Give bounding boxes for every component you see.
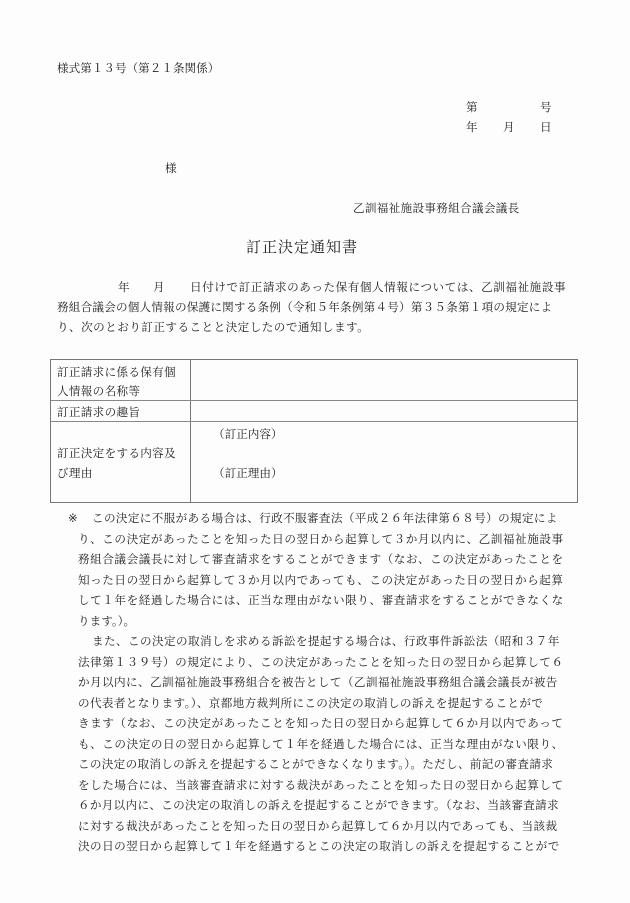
notice-line: ６か月以内に、この決定の取消しの訴えを提起することができます。（なお、当該審査請… xyxy=(78,795,583,816)
notice-line: 知った日の翌日から起算して３か月以内であっても、この決定があった日の翌日から起算 xyxy=(78,570,583,591)
intro-line-3: り、次のとおり訂正することと決定したので通知します。 xyxy=(57,320,369,334)
row-label-target-info-cont: 人情報の名称等 xyxy=(57,384,140,398)
sender-name: 乙訓福祉施設事務組合議会議長 xyxy=(353,201,520,215)
notice-line: また、この決定の取消しを求める訴訟を提起する場合は、行政事件訴訟法（昭和３７年 xyxy=(78,631,583,652)
addressee-honorific: 様 xyxy=(165,161,177,175)
date-day: 日 xyxy=(540,120,552,134)
date-year: 年 xyxy=(466,120,478,134)
form-number: 様式第１３号（第２１条関係） xyxy=(57,61,219,75)
intro-year: 年 xyxy=(118,280,130,294)
notice-line: この決定の取消しの訴えを提起することができなくなります。）。ただし、前記の審査請… xyxy=(78,754,583,775)
notice-line: ります。）。 xyxy=(78,611,583,632)
intro-month: 月 xyxy=(153,280,165,294)
notice-line: も、この決定の日の翌日から起算して１年を経過した場合には、正当な理由がない限り、 xyxy=(78,734,583,755)
doc-number-suffix: 号 xyxy=(540,100,552,114)
notice-line: か月以内に、乙訓福祉施設事務組合を被告として（乙訓福祉施設事務組合議会議長が被告 xyxy=(78,672,583,693)
notice-paragraph-lawsuit: また、この決定の取消しを求める訴訟を提起する場合は、行政事件訴訟法（昭和３７年 … xyxy=(78,631,583,857)
table-row-divider xyxy=(51,421,577,422)
notice-line: 務組合議会議長に対して審査請求をすることができます（なお、この決定があったことを xyxy=(78,549,583,570)
date-month: 月 xyxy=(503,120,515,134)
notice-paragraph-appeal: この決定に不服がある場合は、行政不服審査法（平成２６年法律第６８号）の規定によ … xyxy=(78,508,583,631)
notice-line: きます（なお、この決定があったことを知った日の翌日から起算して６か月以内であって xyxy=(78,713,583,734)
correction-content-label: （訂正内容） xyxy=(213,427,283,441)
intro-line-2: 務組合議会の個人情報の保護に関する条例（令和５年条例第４号）第３５条第１項の規定… xyxy=(57,300,552,314)
notice-line: 法律第１３９号）の規定により、この決定があったことを知った日の翌日から起算して６ xyxy=(78,652,583,673)
table-column-divider xyxy=(190,360,191,502)
correction-table: 訂正請求に係る保有個 人情報の名称等 訂正請求の趣旨 訂正決定をする内容及 び理… xyxy=(50,359,578,503)
notice-line: 決の日の翌日から起算して１年を経過するとこの決定の取消しの訴えを提起することがで xyxy=(78,836,583,857)
notice-line: の代表者となります。）、京都地方裁判所にこの決定の取消しの訴えを提起することがで xyxy=(78,693,583,714)
notice-line: に対する裁決があったことを知った日の翌日から起算して６か月以内であっても、当該裁 xyxy=(78,816,583,837)
row-label-decision-content-cont: び理由 xyxy=(57,466,93,480)
notice-line: して１年を経過した場合には、正当な理由がない限り、審査請求をすることができなくな xyxy=(78,590,583,611)
notice-line: り、この決定があったことを知った日の翌日から起算して３か月以内に、乙訓福祉施設事 xyxy=(78,529,583,550)
row-label-target-info: 訂正請求に係る保有個 xyxy=(57,365,176,379)
doc-number-prefix: 第 xyxy=(466,100,478,114)
correction-reason-label: （訂正理由） xyxy=(213,466,283,480)
notice-line: この決定に不服がある場合は、行政不服審査法（平成２６年法律第６８号）の規定によ xyxy=(78,508,583,529)
row-label-request-purpose: 訂正請求の趣旨 xyxy=(57,405,140,419)
row-label-decision-content: 訂正決定をする内容及 xyxy=(57,446,176,460)
notice-line: をした場合には、当該審査請求に対する裁決があったことを知った日の翌日から起算して xyxy=(78,775,583,796)
document-title: 訂正決定通知書 xyxy=(246,240,358,254)
notice-mark: ※ xyxy=(68,511,78,525)
intro-line-1: 日付けで訂正請求のあった保有個人情報については、乙訓福祉施設事 xyxy=(190,280,566,294)
table-row-divider xyxy=(51,400,577,401)
